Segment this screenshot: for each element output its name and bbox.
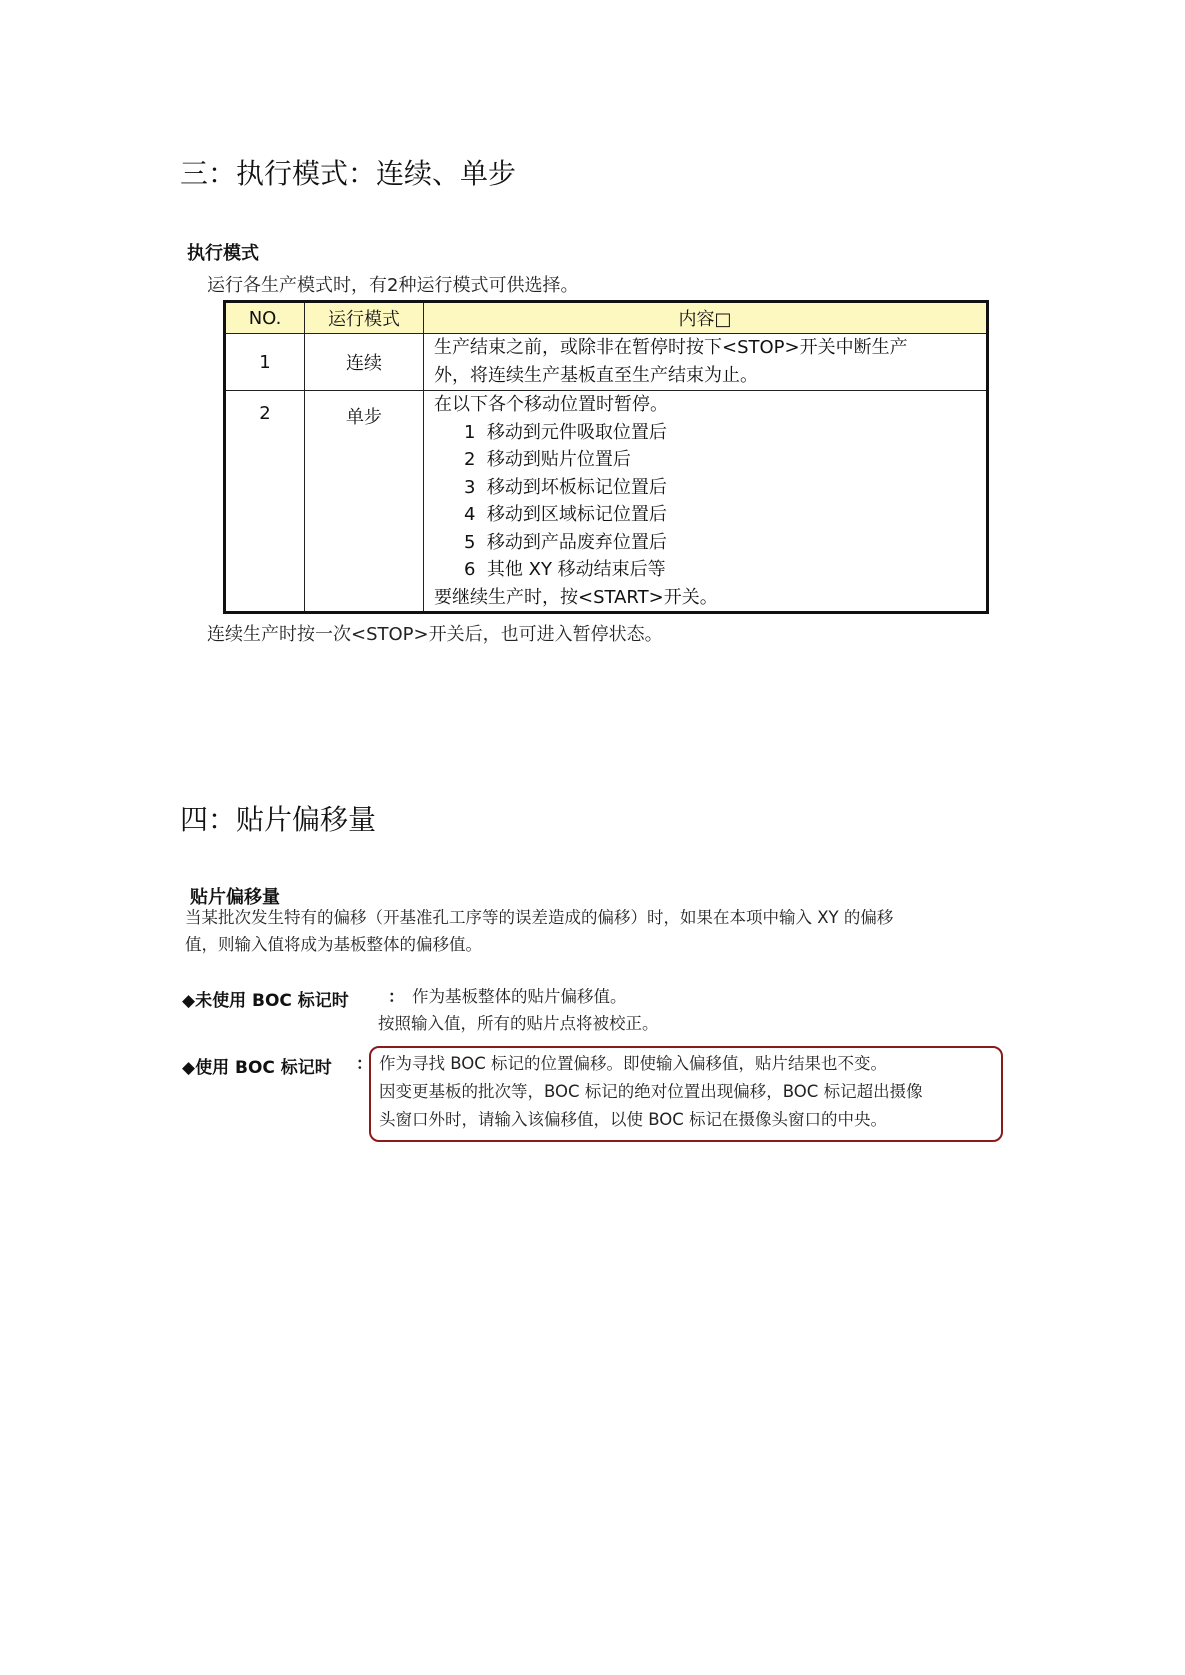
highlight-line: 作为寻找 BOC 标记的位置偏移。即使输入偏移值，贴片结果也不变。 (379, 1050, 923, 1078)
section4-heading: 四：贴片偏移量 (180, 798, 376, 838)
section3-subtitle: 执行模式 (187, 239, 259, 265)
highlight-text: 作为寻找 BOC 标记的位置偏移。即使输入偏移值，贴片结果也不变。 因变更基板的… (379, 1050, 923, 1134)
row-content: 在以下各个移动位置时暂停。 1 移动到元件吸取位置后 2 移动到贴片位置后 3 … (424, 391, 988, 613)
step-item: 6 其他 XY 移动结束后等 (434, 556, 986, 584)
content-line: 生产结束之前，或除非在暂停时按下<STOP>开关中断生产 (434, 334, 986, 362)
section4-desc: 当某批次发生特有的偏移（开基准孔工序等的误差造成的偏移）时，如果在本项中输入 X… (185, 904, 893, 958)
content-outro: 要继续生产时，按<START>开关。 (434, 584, 986, 612)
row-mode: 单步 (305, 391, 424, 613)
execution-mode-table: NO. 运行模式 内容□ 1 连续 生产结束之前，或除非在暂停时按下<STOP>… (223, 300, 989, 614)
row-no: 1 (225, 334, 305, 391)
table-header-row: NO. 运行模式 内容□ (225, 302, 988, 334)
desc-line: 值，则输入值将成为基板整体的偏移值。 (185, 931, 893, 958)
step-item: 5 移动到产品废弃位置后 (434, 529, 986, 557)
desc-line: 当某批次发生特有的偏移（开基准孔工序等的误差造成的偏移）时，如果在本项中输入 X… (185, 904, 893, 931)
item-text-no-boc-line1: 作为基板整体的贴片偏移值。 (412, 983, 627, 1010)
item-colon: ： (388, 983, 405, 1010)
item-label-no-boc: ◆未使用 BOC 标记时 (182, 986, 349, 1011)
header-mode: 运行模式 (305, 302, 424, 334)
section3-intro: 运行各生产模式时，有2种运行模式可供选择。 (207, 271, 578, 297)
step-item: 3 移动到坏板标记位置后 (434, 474, 986, 502)
highlight-line: 头窗口外时，请输入该偏移值，以使 BOC 标记在摄像头窗口的中央。 (379, 1106, 923, 1134)
item-text-no-boc-line2: 按照输入值，所有的贴片点将被校正。 (378, 1010, 659, 1037)
section3-note: 连续生产时按一次<STOP>开关后，也可进入暂停状态。 (207, 620, 663, 646)
step-item: 4 移动到区域标记位置后 (434, 501, 986, 529)
header-content: 内容□ (424, 302, 988, 334)
content-intro: 在以下各个移动位置时暂停。 (434, 391, 986, 419)
row-no: 2 (225, 391, 305, 613)
step-item: 1 移动到元件吸取位置后 (434, 419, 986, 447)
table-row: 1 连续 生产结束之前，或除非在暂停时按下<STOP>开关中断生产 外，将连续生… (225, 334, 988, 391)
table-row: 2 单步 在以下各个移动位置时暂停。 1 移动到元件吸取位置后 2 移动到贴片位… (225, 391, 988, 613)
highlight-line: 因变更基板的批次等，BOC 标记的绝对位置出现偏移，BOC 标记超出摄像 (379, 1078, 923, 1106)
header-no: NO. (225, 302, 305, 334)
content-line: 外，将连续生产基板直至生产结束为止。 (434, 362, 986, 390)
highlight-box: 作为寻找 BOC 标记的位置偏移。即使输入偏移值，贴片结果也不变。 因变更基板的… (369, 1046, 1003, 1142)
item-label-with-boc: ◆使用 BOC 标记时 (182, 1053, 332, 1078)
row-content: 生产结束之前，或除非在暂停时按下<STOP>开关中断生产 外，将连续生产基板直至… (424, 334, 988, 391)
step-item: 2 移动到贴片位置后 (434, 446, 986, 474)
section3-heading: 三：执行模式：连续、单步 (180, 152, 516, 192)
row-mode: 连续 (305, 334, 424, 391)
